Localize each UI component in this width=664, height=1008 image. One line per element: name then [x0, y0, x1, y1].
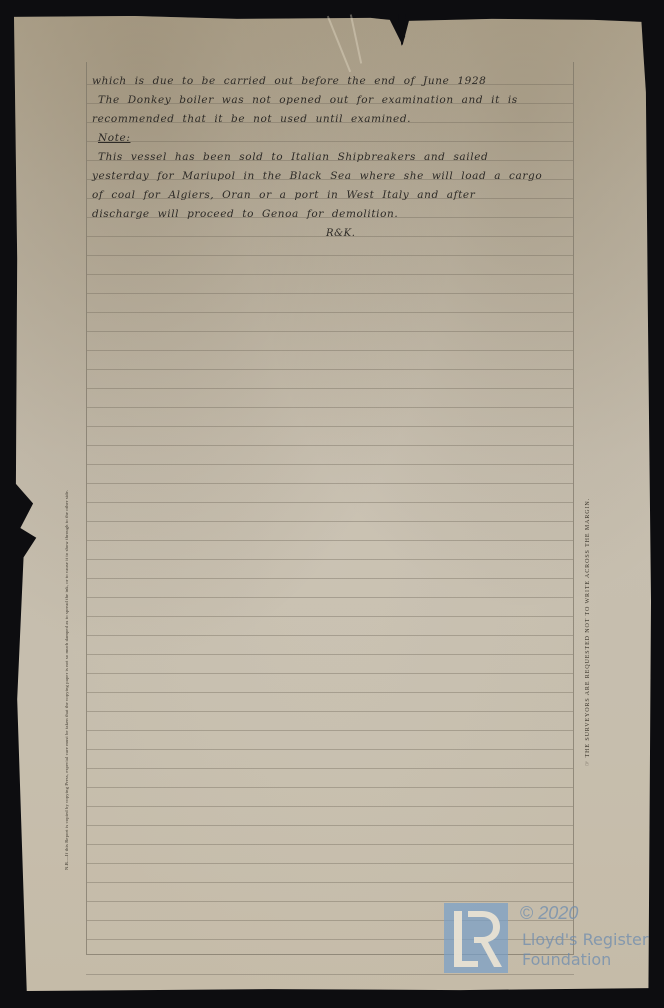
- left-margin-printed-note: N.B.—If this Report is copied by copying…: [64, 260, 69, 870]
- left-margin-rule: [86, 62, 87, 954]
- handwritten-line: which is due to be carried out before th…: [92, 72, 562, 91]
- organization-name-line1: Lloyd's Register: [522, 930, 648, 950]
- note-heading: Note:: [92, 129, 562, 148]
- organization-name-line2: Foundation: [522, 950, 648, 970]
- signature-initials: R&K.: [92, 224, 562, 243]
- handwritten-line: yesterday for Mariupol in the Black Sea …: [92, 167, 562, 186]
- handwritten-line: This vessel has been sold to Italian Shi…: [92, 148, 562, 167]
- handwritten-report-text: which is due to be carried out before th…: [92, 72, 562, 243]
- handwritten-line: The Donkey boiler was not opened out for…: [92, 91, 562, 110]
- copyright-text: © 2020: [520, 903, 578, 924]
- copyright-year: 2020: [538, 903, 578, 923]
- handwritten-line: recommended that it be not used until ex…: [92, 110, 562, 129]
- right-margin-rule: [573, 62, 574, 954]
- lloyds-register-watermark: © 2020 Lloyd's Register Foundation: [444, 903, 664, 975]
- organization-name: Lloyd's Register Foundation: [522, 930, 648, 970]
- copyright-symbol: ©: [520, 903, 533, 923]
- handwritten-line: of coal for Algiers, Oran or a port in W…: [92, 186, 562, 205]
- lr-logo-icon: [444, 903, 508, 973]
- right-margin-printed-note: ☞ THE SURVEYORS ARE REQUESTED NOT TO WRI…: [584, 498, 591, 766]
- handwritten-line: discharge will proceed to Genoa for demo…: [92, 205, 562, 224]
